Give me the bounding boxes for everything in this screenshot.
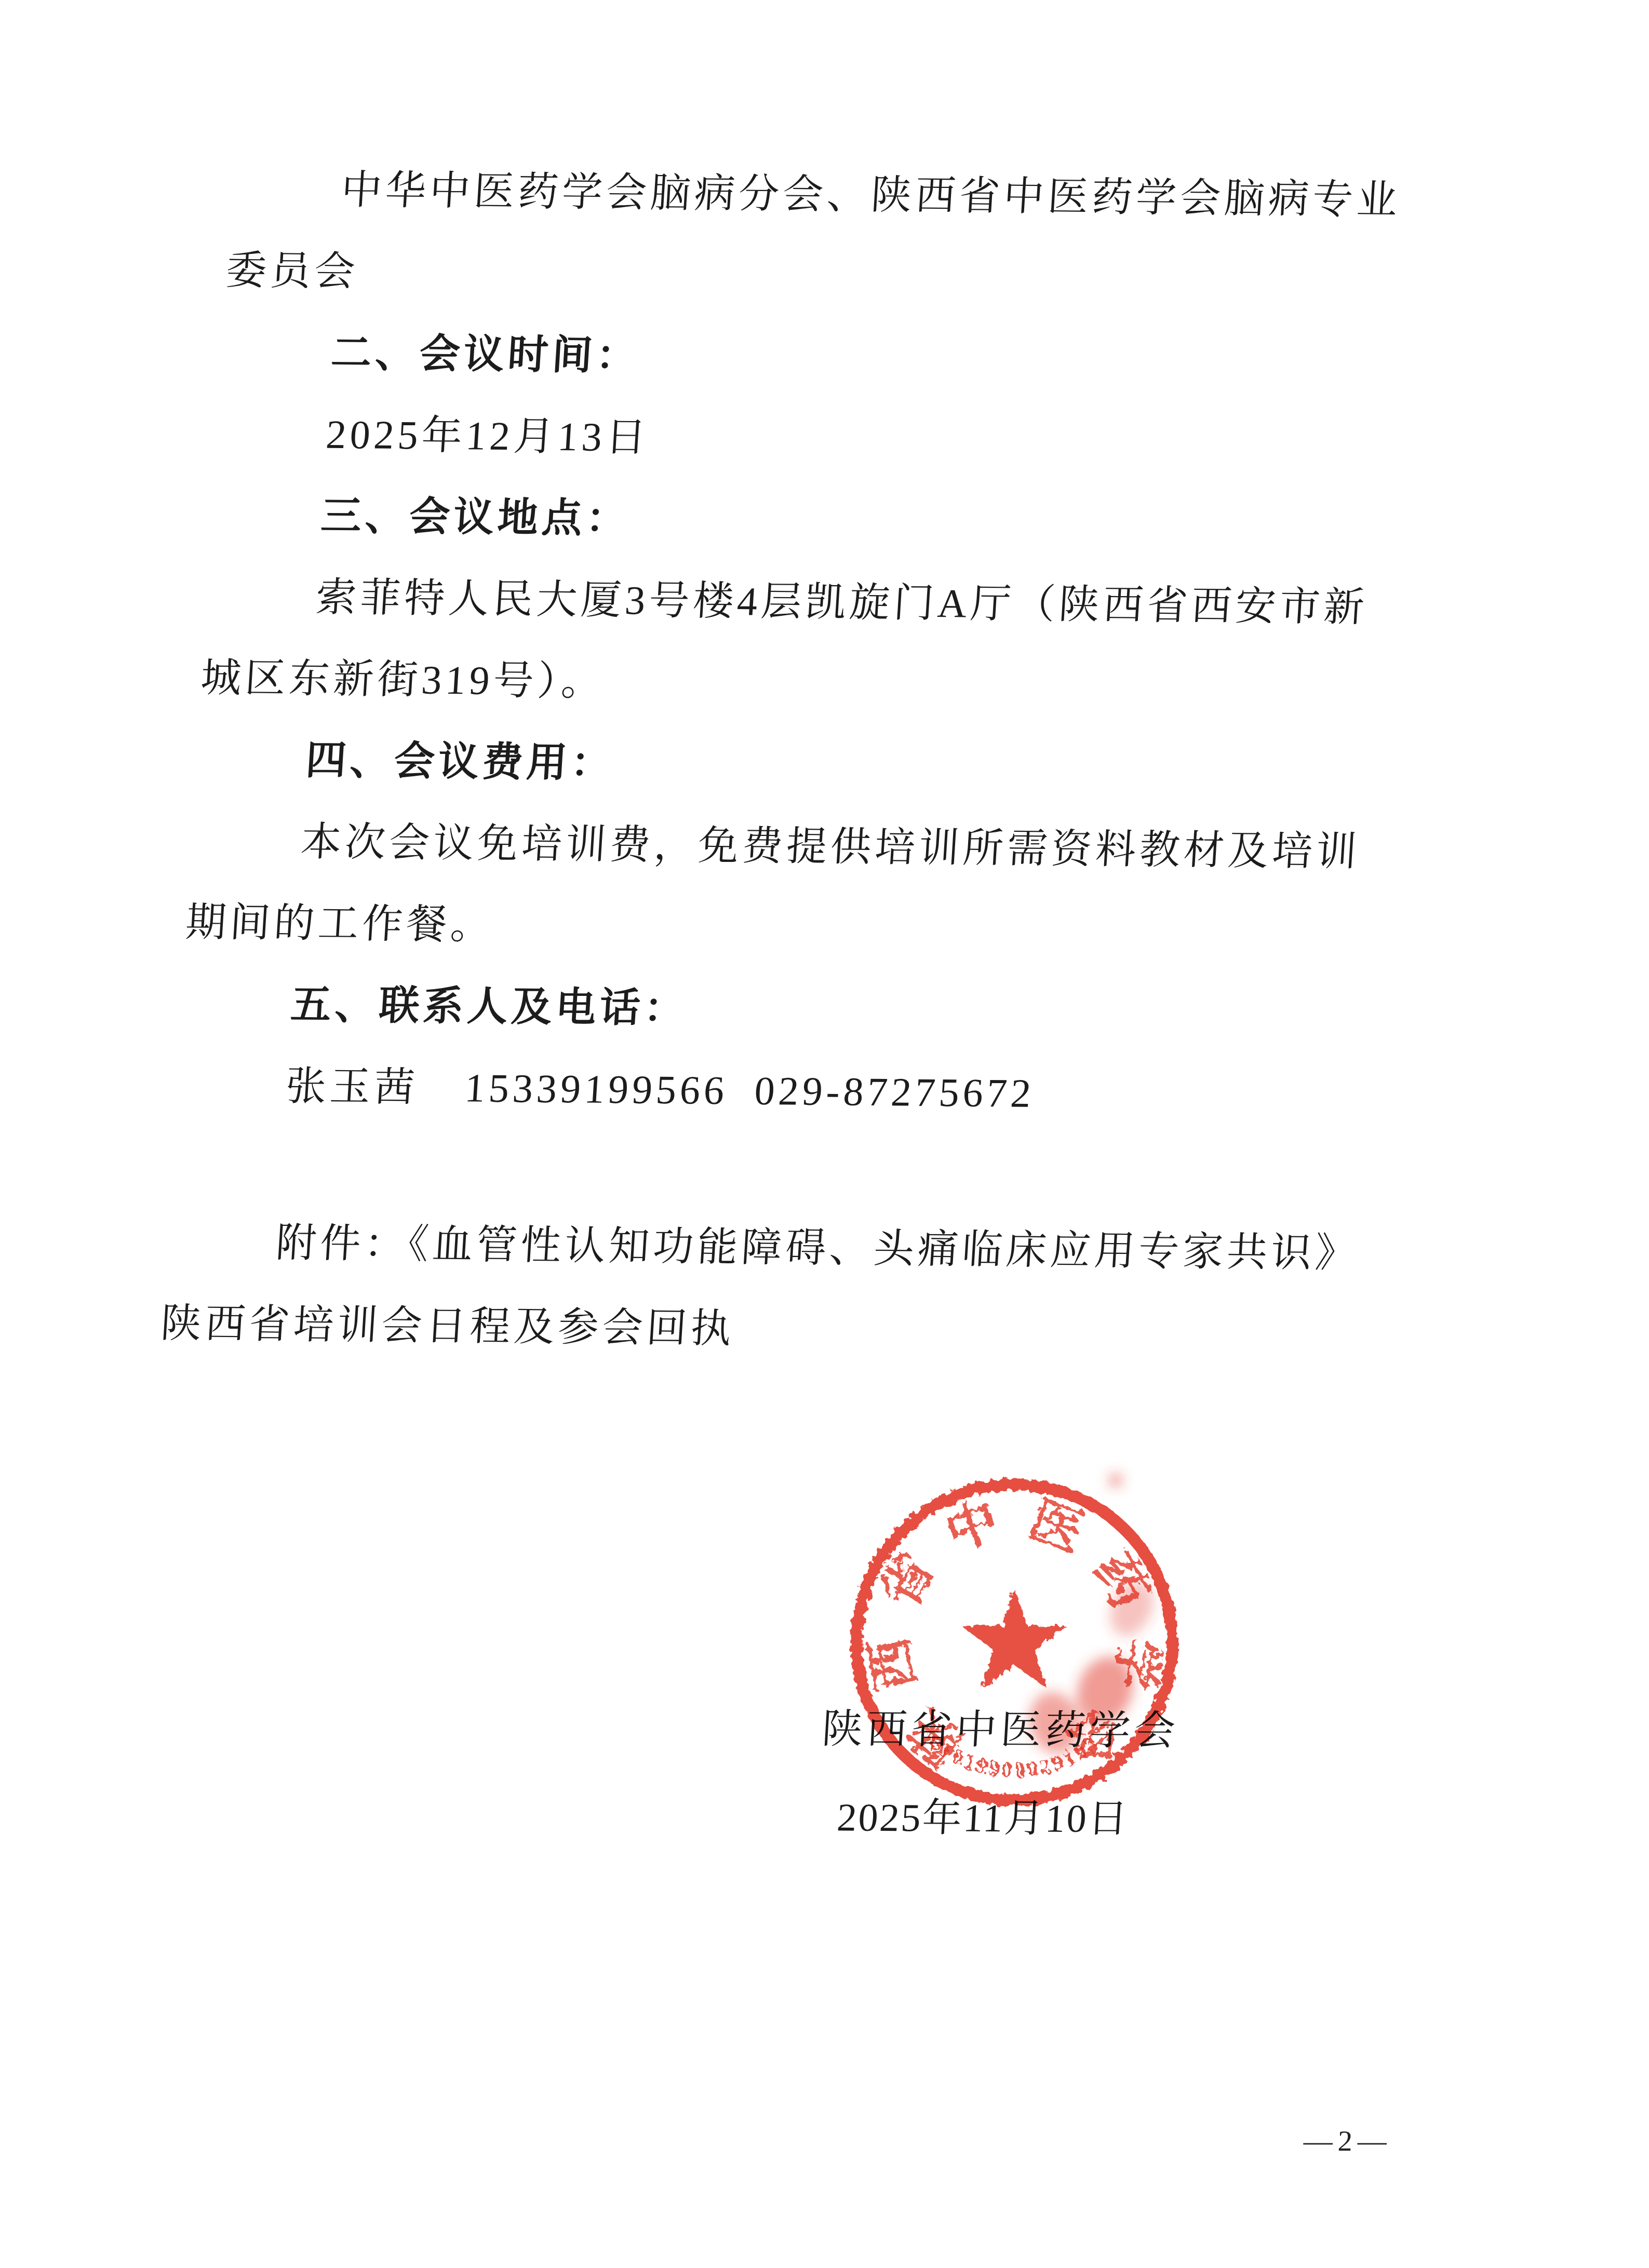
meeting-time-heading: 二、会议时间：	[219, 311, 1429, 404]
official-seal: 陕 西 省 中 医 药 学 会 61019900029193	[822, 1450, 1206, 1834]
organizer-line-1: 中华中医药学会脑病分会、陕西省中医药学会脑病专业	[229, 148, 1439, 241]
contact-line: 张玉茜15339199566029-87275672	[173, 1044, 1383, 1137]
meeting-time-value: 2025年12月13日	[213, 393, 1424, 485]
meeting-place-line-1: 索菲特人民大厦3号楼4层凯旋门A厅（陕西省西安市新	[204, 556, 1414, 649]
contact-mobile: 15339199566	[463, 1065, 729, 1113]
contact-heading: 五、联系人及电话：	[178, 963, 1388, 1056]
page-number: —2—	[1303, 2125, 1392, 2158]
blank-gap	[168, 1126, 1378, 1212]
meeting-fee-line-2: 期间的工作餐。	[183, 881, 1393, 974]
document-page: { "content": { "organizer": { "line_1": …	[0, 0, 1649, 2268]
meeting-fee-heading: 四、会议费用：	[193, 718, 1403, 811]
attachment-line-1: 附件：《血管性认知功能障碍、头痛临床应用专家共识》	[163, 1201, 1373, 1294]
meeting-place-line-2: 城区东新街319号）。	[198, 637, 1409, 730]
meeting-place-heading: 三、会议地点：	[208, 474, 1418, 567]
organizer-line-2: 委员会	[224, 230, 1434, 322]
contact-name: 张玉茜	[284, 1063, 419, 1110]
attachment-line-2: 陕西省培训会日程及参会回执	[158, 1282, 1369, 1375]
document-body: 中华中医药学会脑病分会、陕西省中医药学会脑病专业 委员会 二、会议时间： 202…	[158, 148, 1439, 1375]
contact-telephone: 029-87275672	[753, 1068, 1036, 1116]
meeting-fee-line-1: 本次会议免培训费，免费提供培训所需资料教材及培训	[188, 800, 1398, 893]
seal-star-icon	[962, 1588, 1067, 1688]
seal-ring-char: 西	[860, 1633, 926, 1694]
